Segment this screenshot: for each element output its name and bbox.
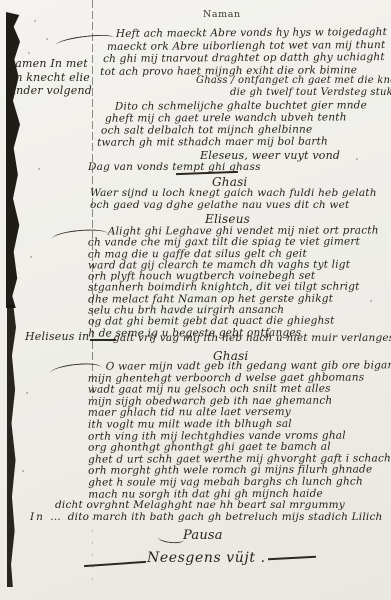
margin-note-heliseus: Heliseus in: [25, 330, 89, 343]
eliseus-speech: Alight ghi Leghave ghi vendet mij niet o…: [88, 225, 379, 339]
dito-closing-text: dito march ith bath gach gh betreluch mi…: [68, 511, 383, 523]
ink-flourish: [158, 533, 185, 545]
paper-speck: [30, 256, 32, 258]
margin-note-in: In …: [30, 511, 63, 523]
closing-line: Neesgens vüjt .: [147, 550, 266, 566]
paper-speck: [26, 392, 28, 394]
margin-note-line: ijn knecht elie: [8, 71, 92, 85]
paper-speck: [34, 20, 36, 22]
signature-flourish-left: [84, 561, 146, 567]
response-paragraph: Waer sijnd u loch knegt gaich wach fuldi…: [90, 188, 377, 211]
signature-flourish-right: [268, 556, 316, 560]
dito-closing-line: In …dito march ith bath gach gh betreluc…: [30, 511, 383, 523]
verlanges-line: galt vrij vag mij ith heb nach u niet mu…: [113, 332, 391, 344]
margin-note-top: namen In met ijn knecht elie Ander volge…: [8, 57, 92, 98]
manuscript-line: die gh twelf tout Verdsteg stuket: [230, 87, 391, 99]
dito-paragraph: Dito ch schmelijche ghalte buchtet gier …: [97, 99, 367, 148]
manuscript-line: Ghass / ontfanget ch gaet met die knegt: [196, 75, 391, 87]
manuscript-line: Waer sijnd u loch knegt gaich wach fuldi…: [90, 188, 377, 200]
manuscript-page: Naman Heft ach maeckt Abre vonds hy hys …: [0, 0, 391, 600]
ghass-note: Ghass / ontfanget ch gaet met die knegt …: [196, 75, 391, 98]
paper-speck: [46, 38, 48, 40]
heading-eliseus: Eliseus: [205, 212, 250, 226]
paper-speck: [356, 158, 358, 160]
manuscript-line: twarch gh mit sthadch maer mij bol barth: [97, 135, 367, 148]
margin-note-line: Ander volgend: [8, 84, 92, 98]
page-title: Naman: [203, 9, 241, 20]
opening-paragraph: Heft ach maeckt Abre vonds hy hys w toig…: [100, 26, 387, 78]
binding-edge-bottom: [7, 305, 16, 587]
overghnt-line: dicht ovrghnt Melaghght nae hh beart sal…: [55, 499, 345, 511]
ghasi-speech: O waer mijn vadt geb ith gedang want gib…: [88, 360, 391, 501]
paper-speck: [28, 52, 30, 54]
manuscript-line: gheft mij ch gaet urele wandch ubveh ten…: [105, 111, 367, 124]
paper-speck: [38, 168, 40, 170]
paper-speck: [22, 470, 24, 472]
manuscript-line: och gaed vag dghe gelathe nau vues dit c…: [90, 200, 377, 212]
margin-note-line: namen In met: [8, 57, 92, 71]
heading-pausa: Pausa: [183, 528, 223, 543]
